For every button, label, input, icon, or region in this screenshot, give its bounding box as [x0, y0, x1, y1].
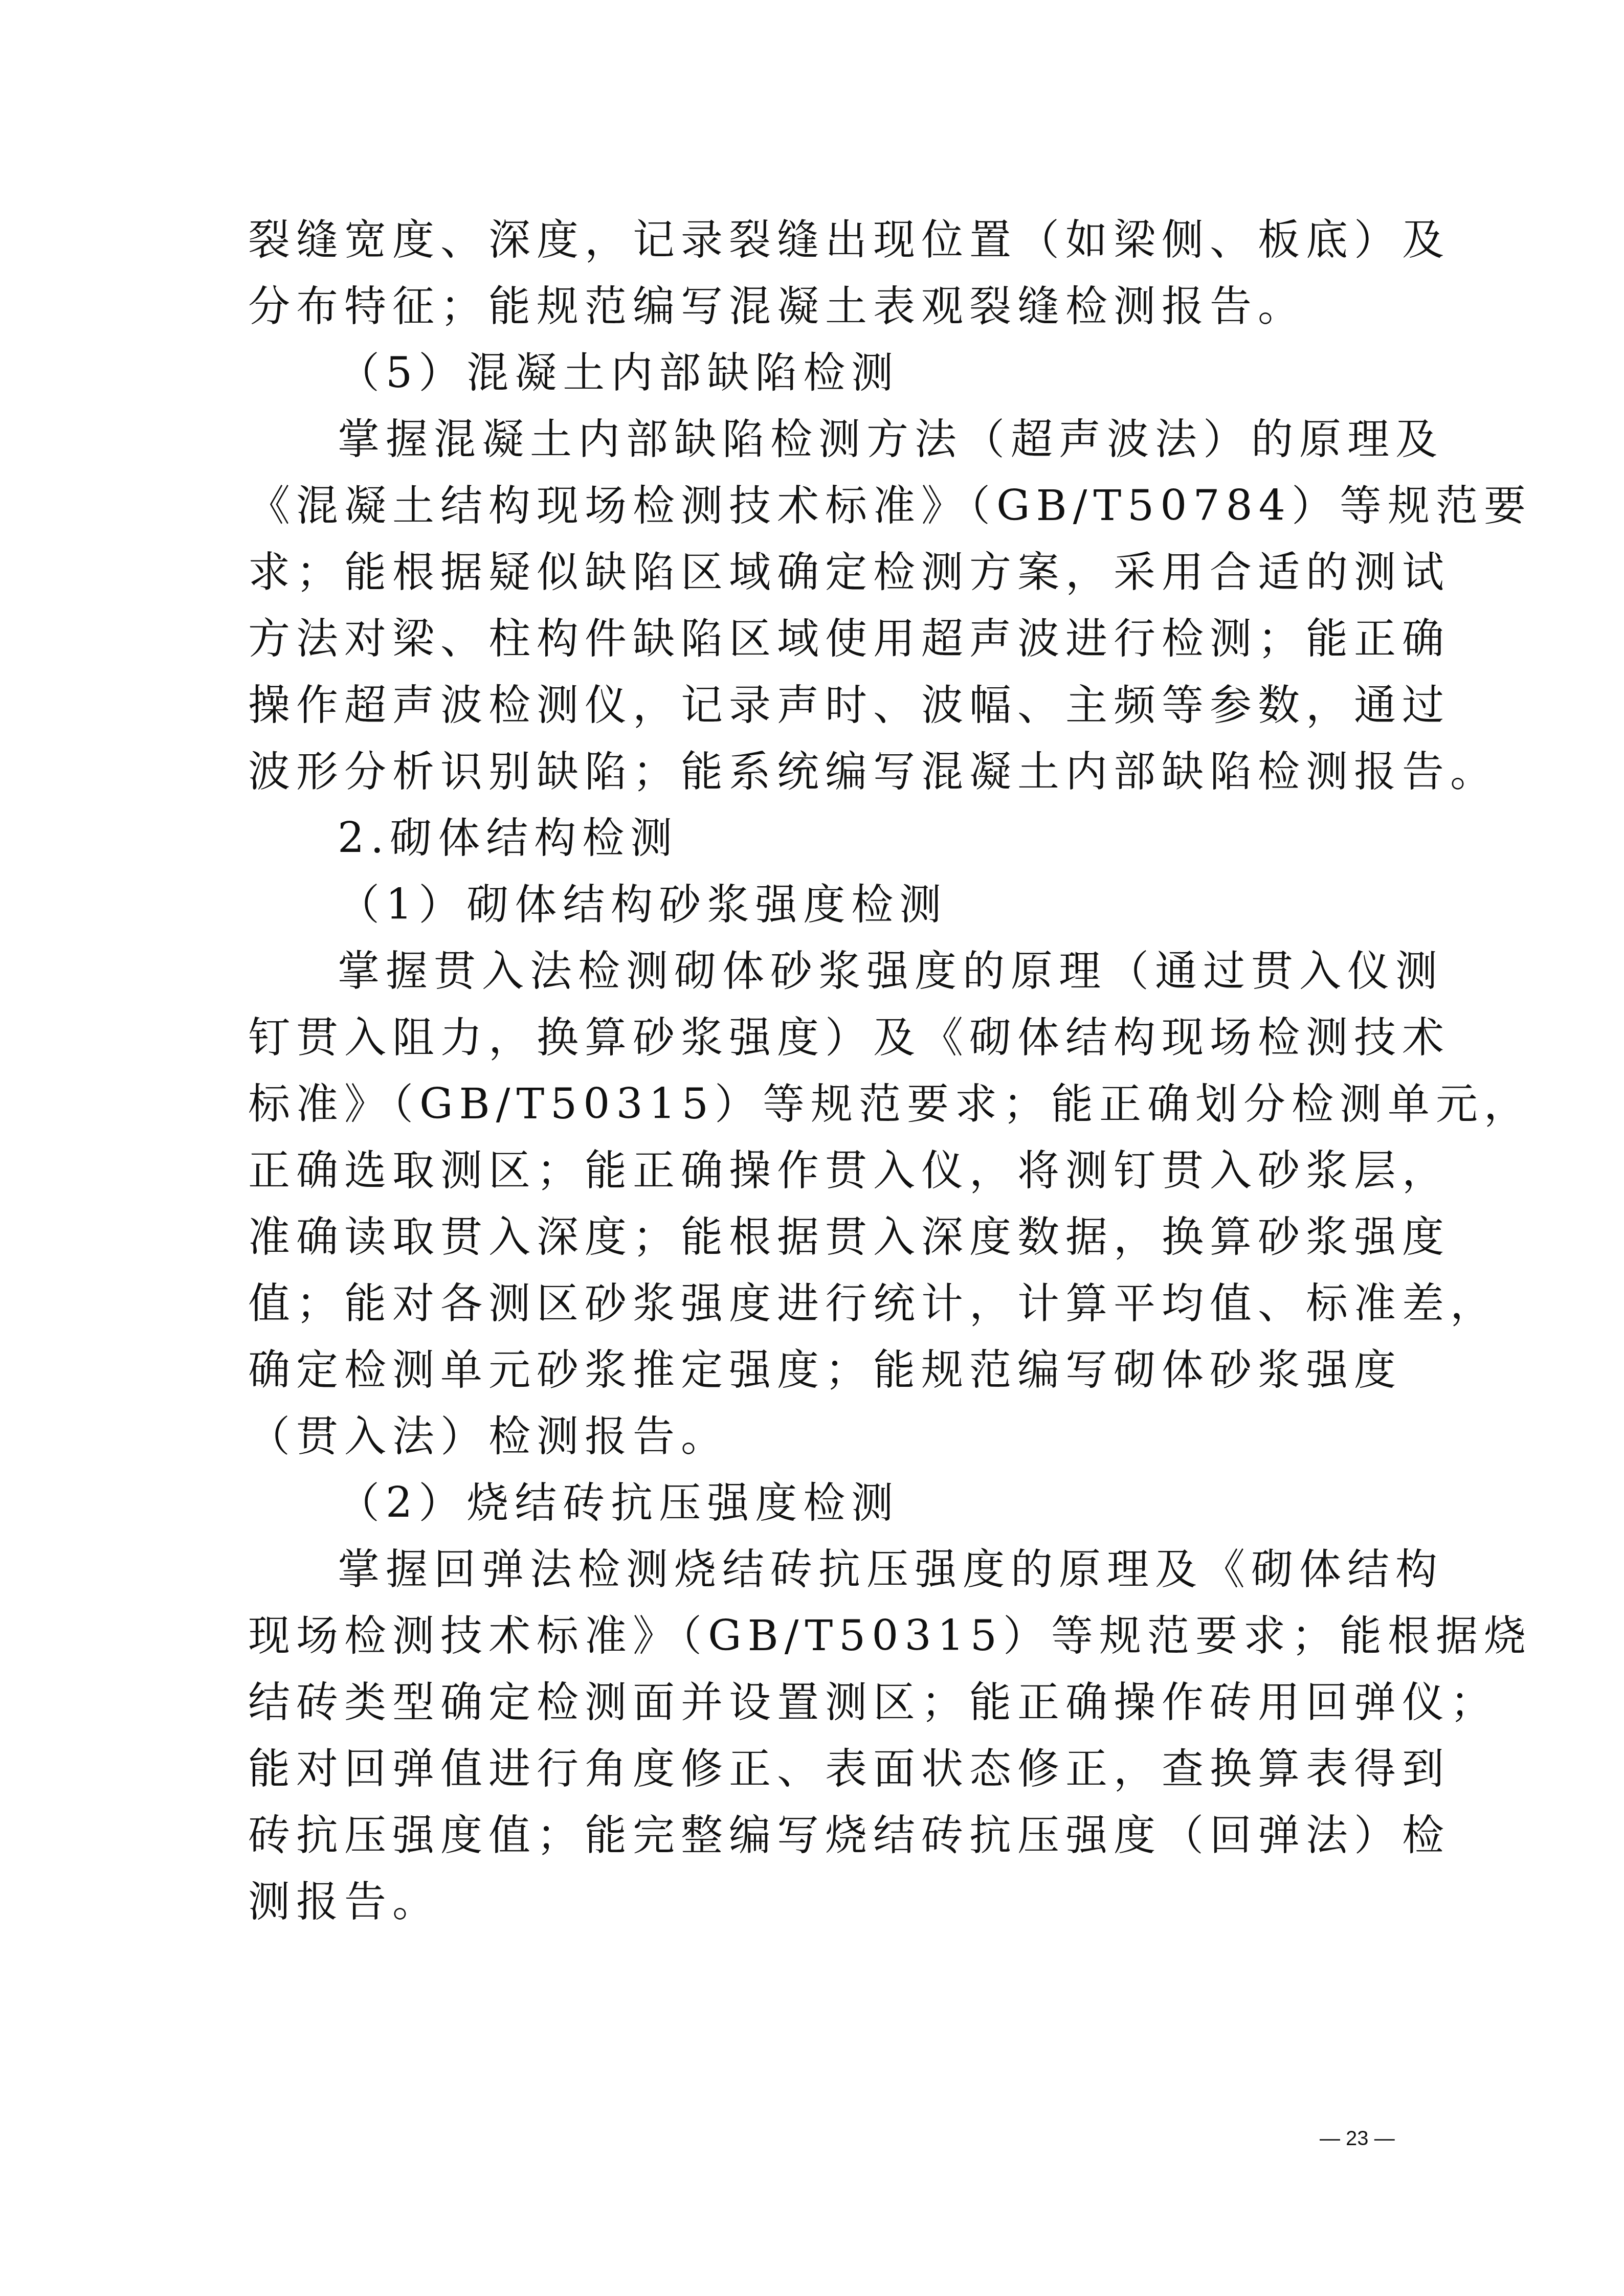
paragraph-line: 方法对梁、柱构件缺陷区域使用超声波进行检测；能正确	[248, 614, 1450, 665]
section-heading: 2.砌体结构检测	[338, 813, 678, 864]
paragraph-line: 值；能对各测区砂浆强度进行统计，计算平均值、标准差，	[248, 1278, 1498, 1330]
paragraph-line: 分布特征；能规范编写混凝土表观裂缝检测报告。	[248, 281, 1306, 332]
paragraph-line: 裂缝宽度、深度，记录裂缝出现位置（如梁侧、板底）及	[248, 215, 1450, 266]
paragraph-line: 砖抗压强度值；能完整编写烧结砖抗压强度（回弹法）检	[248, 1810, 1450, 1861]
paragraph-line: 正确选取测区；能正确操作贯入仪，将测钉贯入砂浆层，	[248, 1145, 1450, 1197]
paragraph-line: 《混凝土结构现场检测技术标准》（GB/T50784）等规范要	[248, 481, 1532, 532]
paragraph-line: 掌握回弹法检测烧结砖抗压强度的原理及《砌体结构	[338, 1544, 1443, 1595]
paragraph-line: 准确读取贯入深度；能根据贯入深度数据，换算砂浆强度	[248, 1212, 1450, 1263]
paragraph-line: 钉贯入阻力，换算砂浆强度）及《砌体结构现场检测技术	[248, 1012, 1450, 1064]
section-heading: （1）砌体结构砂浆强度检测	[338, 880, 947, 931]
paragraph-line: 现场检测技术标准》（GB/T50315）等规范要求；能根据烧	[248, 1611, 1532, 1662]
paragraph-line: 结砖类型确定检测面并设置测区；能正确操作砖用回弹仪；	[248, 1677, 1498, 1728]
paragraph-line: 掌握贯入法检测砌体砂浆强度的原理（通过贯入仪测	[338, 946, 1443, 997]
paragraph-line: 标准》（GB/T50315）等规范要求；能正确划分检测单元，	[248, 1079, 1532, 1130]
paragraph-line: 能对回弹值进行角度修正、表面状态修正，查换算表得到	[248, 1744, 1450, 1795]
section-heading: （2）烧结砖抗压强度检测	[338, 1478, 899, 1529]
paragraph-line: （贯入法）检测报告。	[248, 1411, 729, 1462]
page-number: — 23 —	[1320, 2127, 1395, 2150]
paragraph-line: 确定检测单元砂浆推定强度；能规范编写砌体砂浆强度	[248, 1345, 1402, 1396]
document-page: 裂缝宽度、深度，记录裂缝出现位置（如梁侧、板底）及 分布特征；能规范编写混凝土表…	[0, 0, 1624, 2296]
paragraph-line: 测报告。	[248, 1877, 440, 1928]
paragraph-line: 掌握混凝土内部缺陷检测方法（超声波法）的原理及	[338, 414, 1443, 465]
paragraph-line: 操作超声波检测仪，记录声时、波幅、主频等参数，通过	[248, 680, 1450, 731]
paragraph-line: 求；能根据疑似缺陷区域确定检测方案，采用合适的测试	[248, 547, 1450, 598]
paragraph-line: 波形分析识别缺陷；能系统编写混凝土内部缺陷检测报告。	[248, 747, 1498, 798]
section-heading: （5）混凝土内部缺陷检测	[338, 348, 899, 399]
